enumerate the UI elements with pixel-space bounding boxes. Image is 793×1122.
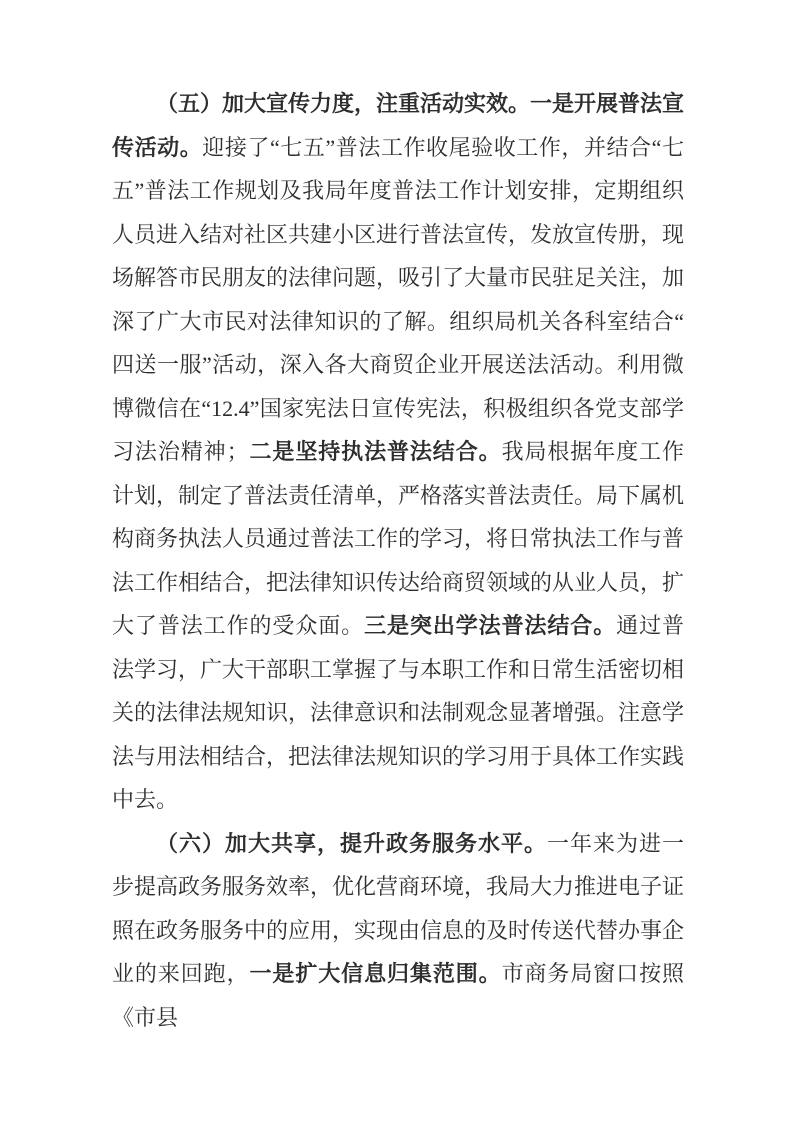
text-segment: 通过普法学习，广大干部职工掌握了与本职工作和日常生活密切相关的法律法规知识，法律… <box>112 613 684 812</box>
paragraph: （五）加大宣传力度，注重活动实效。一是开展普法宣传活动。迎接了“七五”普法工作收… <box>112 82 684 822</box>
bold-text-segment: （六）加大共享，提升政务服务水平。 <box>156 831 547 856</box>
document-body: （五）加大宣传力度，注重活动实效。一是开展普法宣传活动。迎接了“七五”普法工作收… <box>112 82 684 1039</box>
paragraph: （六）加大共享，提升政务服务水平。一年来为进一步提高政务服务效率，优化营商环境，… <box>112 822 684 1040</box>
bold-text-segment: 二是坚持执法普法结合。 <box>249 439 502 464</box>
document-page: （五）加大宣传力度，注重活动实效。一是开展普法宣传活动。迎接了“七五”普法工作收… <box>0 0 793 1122</box>
bold-text-segment: 一是扩大信息归集范围。 <box>250 961 502 986</box>
text-segment: 我局根据年度工作计划，制定了普法责任清单，严格落实普法责任。局下属机构商务执法人… <box>112 439 684 638</box>
text-segment: 迎接了“七五”普法工作收尾验收工作，并结合“七五”普法工作规划及我局年度普法工作… <box>112 135 684 465</box>
bold-text-segment: 三是突出学法普法结合。 <box>364 613 616 638</box>
